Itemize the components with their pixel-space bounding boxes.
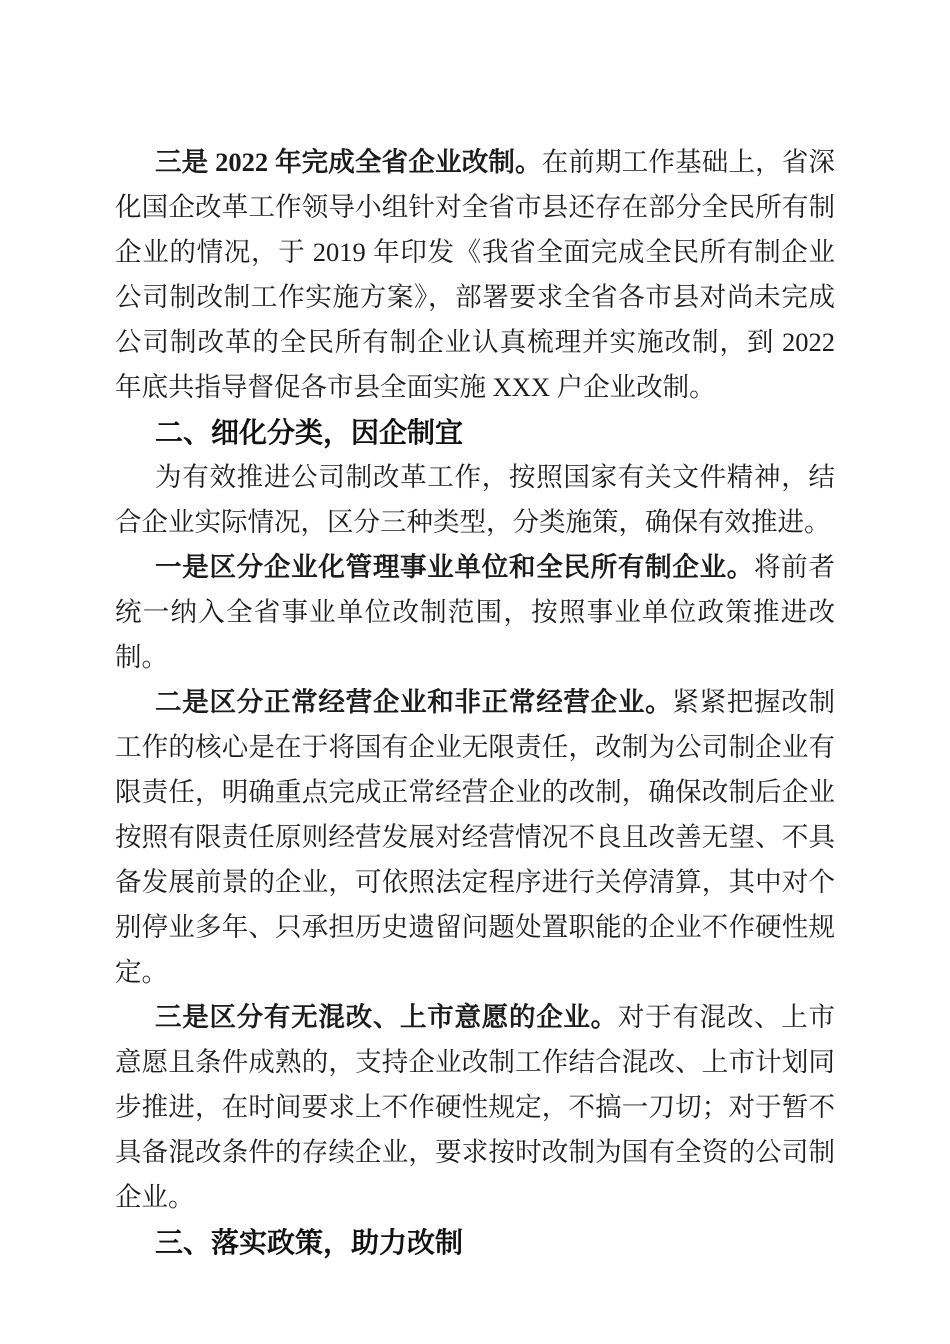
paragraph-body-text: 在前期工作基础上，省深化国企改革工作领导小组针对全省市县还存在部分全民所有制企业… [115,147,835,402]
paragraph-point-two-classification: 二是区分正常经营企业和非正常经营企业。紧紧把握改制工作的核心是在于将国有企业无限… [115,680,835,995]
paragraph-point-one-classification: 一是区分企业化管理事业单位和全民所有制企业。将前者统一纳入全省事业单位改制范围，… [115,545,835,680]
paragraph-lead-bold: 三是 2022 年完成全省企业改制。 [155,147,542,177]
paragraph-point-three-2022: 三是 2022 年完成全省企业改制。在前期工作基础上，省深化国企改革工作领导小组… [115,140,835,410]
document-page: 三是 2022 年完成全省企业改制。在前期工作基础上，省深化国企改革工作领导小组… [0,0,950,1344]
paragraph-body-text: 紧紧把握改制工作的核心是在于将国有企业无限责任，改制为公司制企业有限责任，明确重… [115,687,835,987]
paragraph-lead-bold: 二是区分正常经营企业和非正常经营企业。 [155,687,672,717]
paragraph-point-three-classification: 三是区分有无混改、上市意愿的企业。对于有混改、上市意愿且条件成熟的，支持企业改制… [115,995,835,1220]
section-heading-2: 二、细化分类，因企制宜 [115,410,835,455]
paragraph-lead-bold: 一是区分企业化管理事业单位和全民所有制企业。 [155,552,754,582]
paragraph-classification-intro: 为有效推进公司制改革工作，按照国家有关文件精神，结合企业实际情况，区分三种类型，… [115,455,835,545]
paragraph-lead-bold: 三是区分有无混改、上市意愿的企业。 [155,1002,618,1032]
paragraph-body-text: 为有效推进公司制改革工作，按照国家有关文件精神，结合企业实际情况，区分三种类型，… [115,462,835,537]
paragraph-body-text: 对于有混改、上市意愿且条件成熟的，支持企业改制工作结合混改、上市计划同步推进，在… [115,1002,835,1212]
section-heading-3: 三、落实政策，助力改制 [115,1220,835,1265]
